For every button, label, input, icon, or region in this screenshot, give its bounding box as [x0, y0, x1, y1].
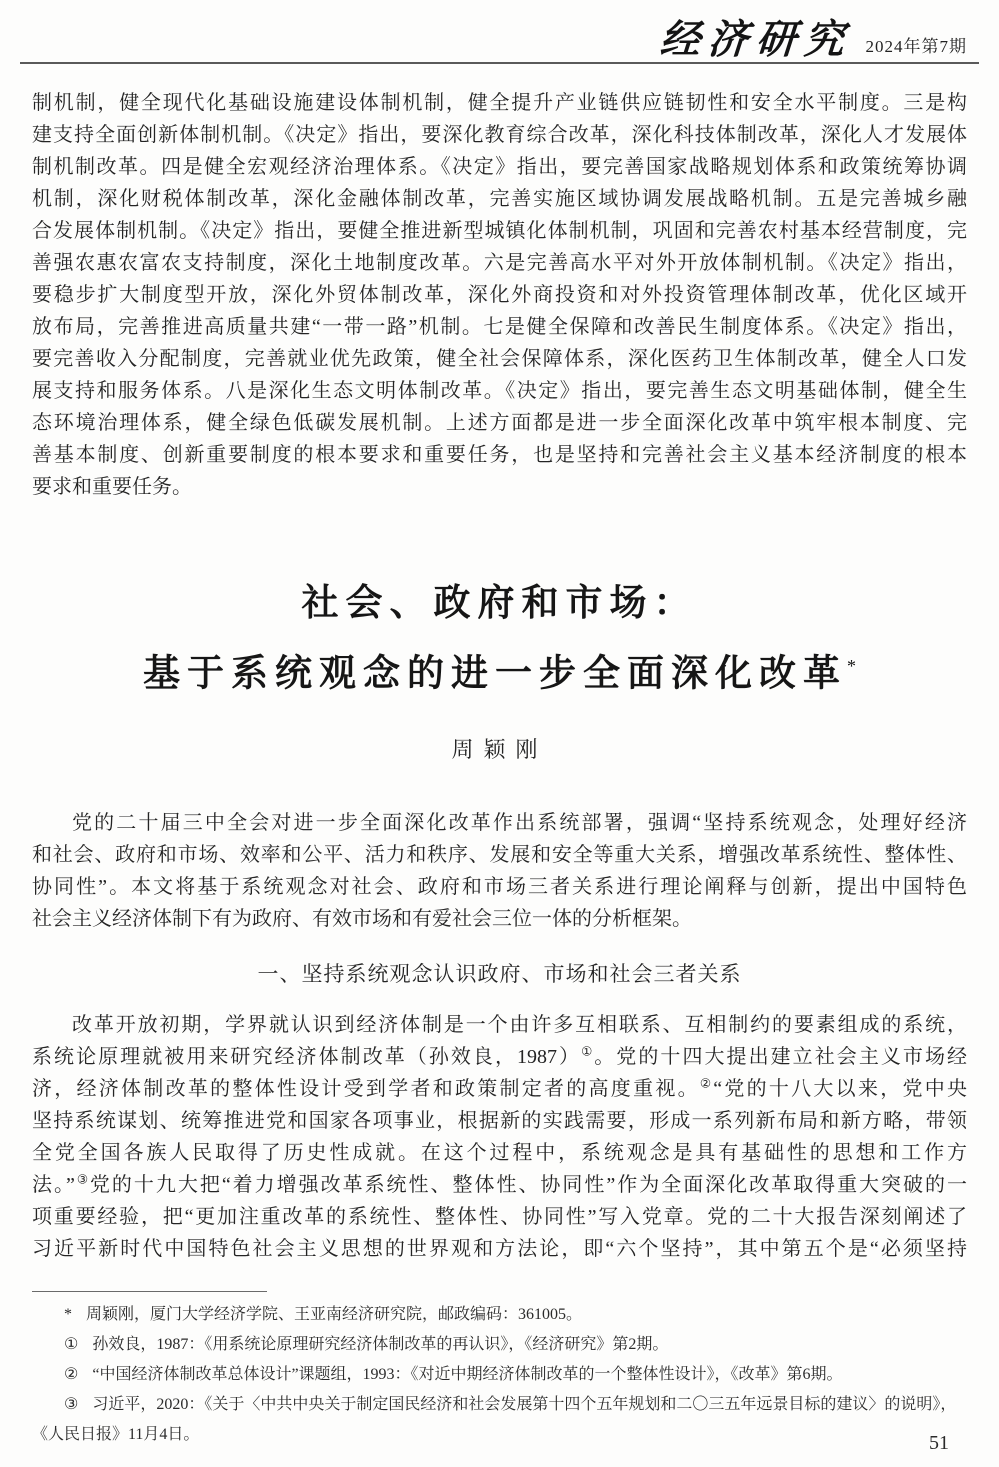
issue-label: 2024年第7期	[866, 32, 968, 62]
text-line: 系统论原理就被用来研究经济体制改革（孙效良，1987）①。党的十四大提出建立社会…	[32, 1041, 967, 1073]
text-line: 制机制改革。四是健全宏观经济治理体系。《决定》指出，要完善国家战略规划体系和政策…	[32, 151, 967, 183]
footnotes-area: *周颖刚，厦门大学经济学院、王亚南经济研究院，邮政编码：361005。 ①孙效良…	[32, 1291, 967, 1450]
page-number: 51	[929, 1432, 949, 1455]
text-line: 项重要经验，把“更加注重改革的系统性、整体性、协同性”写入党章。党的二十大报告深…	[32, 1201, 967, 1233]
footnote-2: ②“中国经济体制改革总体设计”课题组，1993：《对近中期经济体制改革的一个整体…	[32, 1360, 967, 1390]
text-line: 合发展体制机制。《决定》指出，要健全推进新型城镇化体制机制，巩固和完善农村基本经…	[32, 215, 967, 247]
footnote-text: 周颖刚，厦门大学经济学院、王亚南经济研究院，邮政编码：361005。	[86, 1306, 582, 1323]
footnote-text: “中国经济体制改革总体设计”课题组，1993：《对近中期经济体制改革的一个整体性…	[92, 1366, 842, 1383]
section-body-paragraph: 改革开放初期，学界就认识到经济体制是一个由许多互相联系、互相制约的要素组成的系统…	[32, 1009, 967, 1265]
journal-page: 经济研究 2024年第7期 制机制，健全现代化基础设施建设体制机制，健全提升产业…	[0, 0, 999, 1467]
header-divider	[20, 62, 979, 64]
footnote-text: 孙效良，1987：《用系统论原理研究经济体制改革的再认识》，《经济研究》第2期。	[92, 1336, 668, 1353]
footnote-author-affiliation: *周颖刚，厦门大学经济学院、王亚南经济研究院，邮政编码：361005。	[32, 1300, 967, 1330]
text-line: 党的二十届三中全会对进一步全面深化改革作出系统部署，强调“坚持系统观念，处理好经…	[32, 807, 967, 839]
footnote-3: ③习近平，2020：《关于〈中共中央关于制定国民经济和社会发展第十四个五年规划和…	[32, 1390, 967, 1420]
footnote-marker: *	[64, 1300, 72, 1330]
text-line: 制机制，健全现代化基础设施建设体制机制，健全提升产业链供应链韧性和安全水平制度。…	[32, 87, 967, 119]
text-line: 要稳步扩大制度型开放，深化外贸体制改革，深化外商投资和对外投资管理体制改革，优化…	[32, 279, 967, 311]
text-line: 坚持系统谋划、统筹推进党和国家各项事业，根据新的实践需要，形成一系列新布局和新方…	[32, 1105, 967, 1137]
footnote-marker: ②	[64, 1360, 78, 1390]
footnote-text: 习近平，2020：《关于〈中共中央关于制定国民经济和社会发展第十四个五年规划和二…	[92, 1396, 956, 1413]
text-line: 机制，深化财税体制改革，深化金融体制改革，完善实施区域协调发展战略机制。五是完善…	[32, 183, 967, 215]
article-title-line1: 社会、政府和市场：	[32, 573, 967, 635]
section-heading: 一、坚持系统观念认识政府、市场和社会三者关系	[32, 957, 967, 991]
footnote-marker: ③	[64, 1390, 78, 1420]
footnote-1: ①孙效良，1987：《用系统论原理研究经济体制改革的再认识》，《经济研究》第2期…	[32, 1330, 967, 1360]
text-line: 法。”③党的十九大把“着力增强改革系统性、整体性、协同性”作为全面深化改革取得重…	[32, 1169, 967, 1201]
text-line: 济，经济体制改革的整体性设计受到学者和政策制定者的高度重视。②“党的十八大以来，…	[32, 1073, 967, 1105]
footnote-list: *周颖刚，厦门大学经济学院、王亚南经济研究院，邮政编码：361005。 ①孙效良…	[32, 1300, 967, 1450]
footnote-divider	[32, 1291, 267, 1292]
text-line: 放布局，完善推进高质量共建“一带一路”机制。七是健全保障和改善民生制度体系。《决…	[32, 311, 967, 343]
text-line: 善强农惠农富农支持制度，深化土地制度改革。六是完善高水平对外开放体制机制。《决定…	[32, 247, 967, 279]
page-header: 经济研究 2024年第7期	[32, 0, 967, 64]
footnote-marker: ①	[64, 1330, 78, 1360]
text-line: 改革开放初期，学界就认识到经济体制是一个由许多互相联系、互相制约的要素组成的系统…	[32, 1009, 967, 1041]
text-line: 协同性”。本文将基于系统观念对社会、政府和市场三者关系进行理论阐释与创新，提出中…	[32, 871, 967, 903]
author-name: 周颖刚	[32, 735, 967, 765]
text-line: 善基本制度、创新重要制度的根本要求和重要任务，也是坚持和完善社会主义基本经济制度…	[32, 439, 967, 471]
header-row: 经济研究 2024年第7期	[32, 0, 967, 62]
journal-logo: 经济研究	[658, 18, 853, 62]
title-footnote-marker: *	[847, 656, 856, 676]
text-line: 要完善收入分配制度，完善就业优先政策，健全社会保障体系，深化医药卫生体制改革，健…	[32, 343, 967, 375]
abstract-paragraph: 党的二十届三中全会对进一步全面深化改革作出系统部署，强调“坚持系统观念，处理好经…	[32, 807, 967, 935]
text-line: 和社会、政府和市场、效率和公平、活力和秩序、发展和安全等重大关系，增强改革系统性…	[32, 839, 967, 871]
continuation-paragraph: 制机制，健全现代化基础设施建设体制机制，健全提升产业链供应链韧性和安全水平制度。…	[32, 87, 967, 503]
text-line: 建支持全面创新体制机制。《决定》指出，要深化教育综合改革，深化科技体制改革，深化…	[32, 119, 967, 151]
text-line: 全党全国各族人民取得了历史性成就。在这个过程中，系统观念是具有基础性的思想和工作…	[32, 1137, 967, 1169]
text-line: 展支持和服务体系。八是深化生态文明体制改革。《决定》指出，要完善生态文明基础体制…	[32, 375, 967, 407]
text-line: 要求和重要任务。	[32, 471, 967, 503]
article-title: 社会、政府和市场： 基于系统观念的进一步全面深化改革*	[32, 573, 967, 705]
text-line: 习近平新时代中国特色社会主义思想的世界观和方法论，即“六个坚持”，其中第五个是“…	[32, 1233, 967, 1265]
text-line: 态环境治理体系，健全绿色低碳发展机制。上述方面都是进一步全面深化改革中筑牢根本制…	[32, 407, 967, 439]
article-title-line2: 基于系统观念的进一步全面深化改革*	[32, 635, 967, 705]
footnote-3-continued: 《人民日报》11月4日。	[32, 1420, 967, 1450]
text-line: 社会主义经济体制下有为政府、有效市场和有爱社会三位一体的分析框架。	[32, 903, 967, 935]
